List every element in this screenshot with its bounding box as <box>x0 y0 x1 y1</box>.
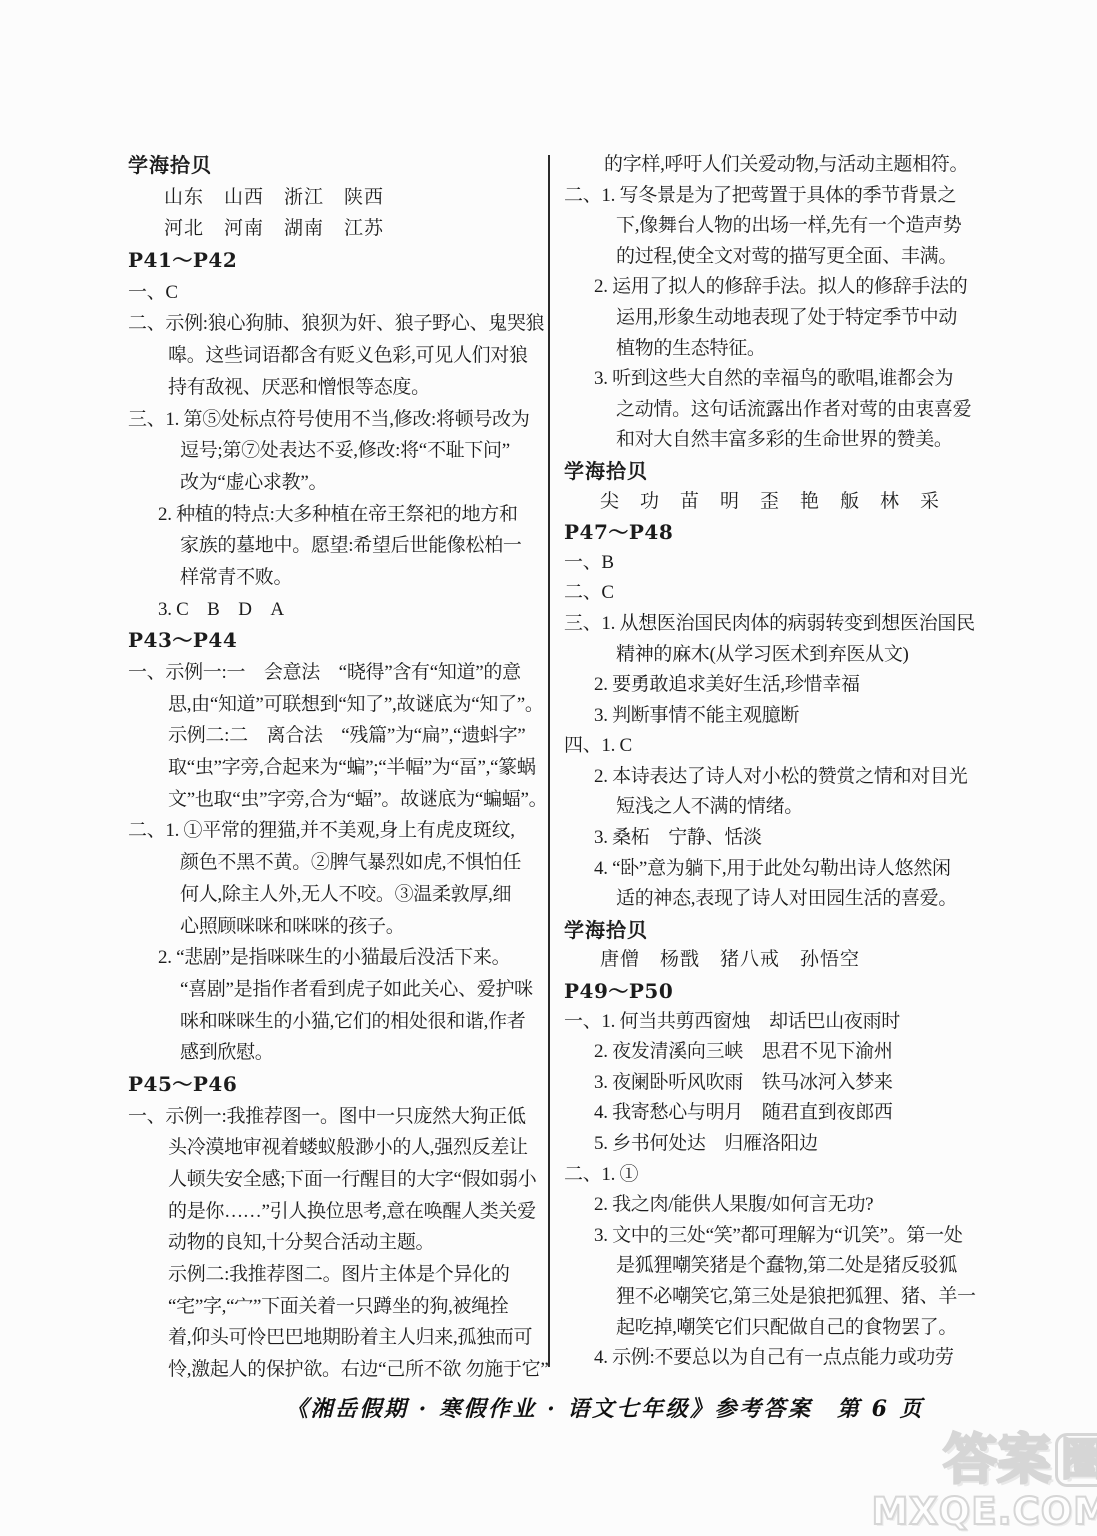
section-heading: 学海拾贝 <box>564 915 996 946</box>
text-line: 是狐狸嘲笑猪是个蠢物,第二处是猪反驳狐 <box>616 1251 996 1282</box>
text-line: 山东 山西 浙江 陕西 <box>164 182 548 214</box>
column-divider <box>548 155 550 1367</box>
text-line: 和对大自然丰富多彩的生命世界的赞美。 <box>616 425 996 456</box>
text-line: 3. 夜阑卧听风吹雨 铁马冰河入梦来 <box>594 1068 996 1099</box>
text-line: 颜色不黑不黄。②脾气暴烈如虎,不惧怕任 <box>180 847 548 879</box>
text-line: 二、1. ① <box>564 1160 996 1191</box>
text-line: 一、示例一:一 会意法 “晓得”含有“知道”的意 <box>128 657 548 689</box>
text-line: 3. 文中的三处“笑”都可理解为“讥笑”。第一处 <box>594 1221 996 1252</box>
text-line: 三、1. 第⑤处标点符号使用不当,修改:将顿号改为 <box>128 404 548 436</box>
text-line: 持有敌视、厌恶和憎恨等态度。 <box>168 372 548 404</box>
right-column: 的字样,呼吁人们关爱动物,与活动主题相符。二、1. 写冬景是为了把莺置于具体的季… <box>564 150 996 1374</box>
text-line: 二、C <box>564 578 996 609</box>
text-line: 唐僧 杨戬 猪八戒 孙悟空 <box>600 945 996 976</box>
text-line: 咪和咪咪生的小猫,它们的相处很和谐,作者 <box>180 1006 548 1038</box>
text-line: 四、1. C <box>564 731 996 762</box>
text-line: 一、B <box>564 548 996 579</box>
text-line: 文”也取“虫”字旁,合为“蝠”。故谜底为“蝙蝠”。 <box>168 784 548 816</box>
text-line: 河北 河南 湖南 江苏 <box>164 213 548 245</box>
text-line: 嗥。这些词语都含有贬义色彩,可见人们对狼 <box>168 340 548 372</box>
text-line: 的是你……”引人换位思考,意在唤醒人类关爱 <box>168 1196 548 1228</box>
text-line: 尖 功 苗 明 歪 艳 舨 林 采 <box>600 487 996 518</box>
text-line: 狸不必嘲笑它,第三处是狼把狐狸、猪、羊一 <box>616 1282 996 1313</box>
watermark-brand-text: 答案 <box>943 1433 1051 1487</box>
text-line: 3. 判断事情不能主观臆断 <box>594 701 996 732</box>
text-line: 4. “卧”意为躺下,用于此处勾勒出诗人悠然闲 <box>594 854 996 885</box>
page-footer: 《湘岳假期 · 寒假作业 · 语文七年级》参考答案 第 6 页 <box>286 1392 886 1423</box>
text-line: 示例二:我推荐图二。图片主体是个异化的 <box>168 1259 548 1291</box>
text-line: 植物的生态特征。 <box>616 334 996 365</box>
text-line: 一、示例一:我推荐图一。图中一只庞然大狗正低 <box>128 1101 548 1133</box>
left-column: 学海拾贝山东 山西 浙江 陕西河北 河南 湖南 江苏P41～P42一、C二、示例… <box>128 150 548 1386</box>
text-line: 短浅之人不满的情绪。 <box>616 792 996 823</box>
text-line: 取“虫”字旁,合起来为“蝙”;“半幅”为“畐”,“篆蜗 <box>168 752 548 784</box>
text-line: 3. 听到这些大自然的幸福鸟的歌唱,谁都会为 <box>594 364 996 395</box>
text-line: 运用,形象生动地表现了处于特定季节中动 <box>616 303 996 334</box>
text-line: 4. 我寄愁心与明月 随君直到夜郎西 <box>594 1098 996 1129</box>
text-line: 思,由“知道”可联想到“知了”,故谜底为“知了”。 <box>168 689 548 721</box>
text-line: 家族的墓地中。愿望:希望后世能像松柏一 <box>180 530 548 562</box>
text-line: 的过程,使全文对莺的描写更全面、丰满。 <box>616 242 996 273</box>
text-line: 4. 示例:不要总以为自己有一点点能力或功劳 <box>594 1343 996 1374</box>
section-heading: 学海拾贝 <box>564 456 996 487</box>
text-line: 逗号;第⑦处表达不妥,修改:将“不耻下问” <box>180 435 548 467</box>
text-line: 2. 运用了拟人的修辞手法。拟人的修辞手法的 <box>594 272 996 303</box>
text-line: 改为“虚心求教”。 <box>180 467 548 499</box>
text-line: 着,仰头可怜巴巴地期盼着主人归来,孤独而可 <box>168 1322 548 1354</box>
text-line: 的字样,呼吁人们关爱动物,与活动主题相符。 <box>604 150 996 181</box>
text-line: 一、C <box>128 277 548 309</box>
text-line: 3. 桑柘 宁静、恬淡 <box>594 823 996 854</box>
text-line: 2. “悲剧”是指咪咪生的小猫最后没活下来。 <box>158 942 548 974</box>
text-line: 3. C B D A <box>158 594 548 626</box>
text-line: 二、1. 写冬景是为了把莺置于具体的季节背景之 <box>564 181 996 212</box>
text-line: 怜,激起人的保护欲。右边“己所不欲 勿施于它” <box>168 1354 548 1386</box>
text-line: 适的神态,表现了诗人对田园生活的喜爱。 <box>616 884 996 915</box>
text-line: 心照顾咪咪和咪咪的孩子。 <box>180 911 548 943</box>
text-line: 2. 本诗表达了诗人对小松的赞赏之情和对目光 <box>594 762 996 793</box>
text-line: 下,像舞台人物的出场一样,先有一个造声势 <box>616 211 996 242</box>
watermark: 答案圈 MXQE.COM <box>871 1433 1097 1530</box>
watermark-brand-boxed-char: 圈 <box>1055 1433 1097 1487</box>
text-line: 2. 我之肉/能供人果腹/如何言无功? <box>594 1190 996 1221</box>
text-line: 2. 夜发清溪向三峡 思君不见下渝州 <box>594 1037 996 1068</box>
text-line: 二、示例:狼心狗肺、狼狈为奸、狼子野心、鬼哭狼 <box>128 308 548 340</box>
text-line: 2. 要勇敢追求美好生活,珍惜幸福 <box>594 670 996 701</box>
text-line: 感到欣慰。 <box>180 1037 548 1069</box>
text-line: 何人,除主人外,无人不咬。③温柔敦厚,细 <box>180 879 548 911</box>
text-line: 示例二:二 离合法 “残篇”为“扁”,“遗蚪字” <box>168 720 548 752</box>
page-range-heading: P49～P50 <box>564 976 996 1007</box>
text-line: 2. 种植的特点:大多种植在帝王祭祀的地方和 <box>158 499 548 531</box>
section-heading: 学海拾贝 <box>128 150 548 182</box>
text-line: 一、1. 何当共剪西窗烛 却话巴山夜雨时 <box>564 1007 996 1038</box>
text-line: 动物的良知,十分契合活动主题。 <box>168 1227 548 1259</box>
text-line: “宅”字,“宀”下面关着一只蹲坐的狗,被绳拴 <box>168 1291 548 1323</box>
watermark-brand: 答案圈 <box>871 1433 1097 1487</box>
page-range-heading: P43～P44 <box>128 625 548 657</box>
text-line: 起吃掉,嘲笑它们只配做自己的食物罢了。 <box>616 1313 996 1344</box>
text-line: 样常青不败。 <box>180 562 548 594</box>
text-line: 三、1. 从想医治国民肉体的病弱转变到想医治国民 <box>564 609 996 640</box>
text-line: 人顿失安全感;下面一行醒目的大字“假如弱小 <box>168 1164 548 1196</box>
text-line: 之动情。这句话流露出作者对莺的由衷喜爱 <box>616 395 996 426</box>
page-range-heading: P41～P42 <box>128 245 548 277</box>
text-line: 精神的麻木(从学习医术到弃医从文) <box>616 640 996 671</box>
text-line: 二、1. ①平常的狸猫,并不美观,身上有虎皮斑纹, <box>128 815 548 847</box>
text-line: 头冷漠地审视着蝼蚁般渺小的人,强烈反差让 <box>168 1132 548 1164</box>
text-line: 5. 乡书何处达 归雁洛阳边 <box>594 1129 996 1160</box>
text-line: “喜剧”是指作者看到虎子如此关心、爱护咪 <box>180 974 548 1006</box>
watermark-site: MXQE.COM <box>871 1493 1097 1530</box>
page-range-heading: P45～P46 <box>128 1069 548 1101</box>
page-range-heading: P47～P48 <box>564 517 996 548</box>
